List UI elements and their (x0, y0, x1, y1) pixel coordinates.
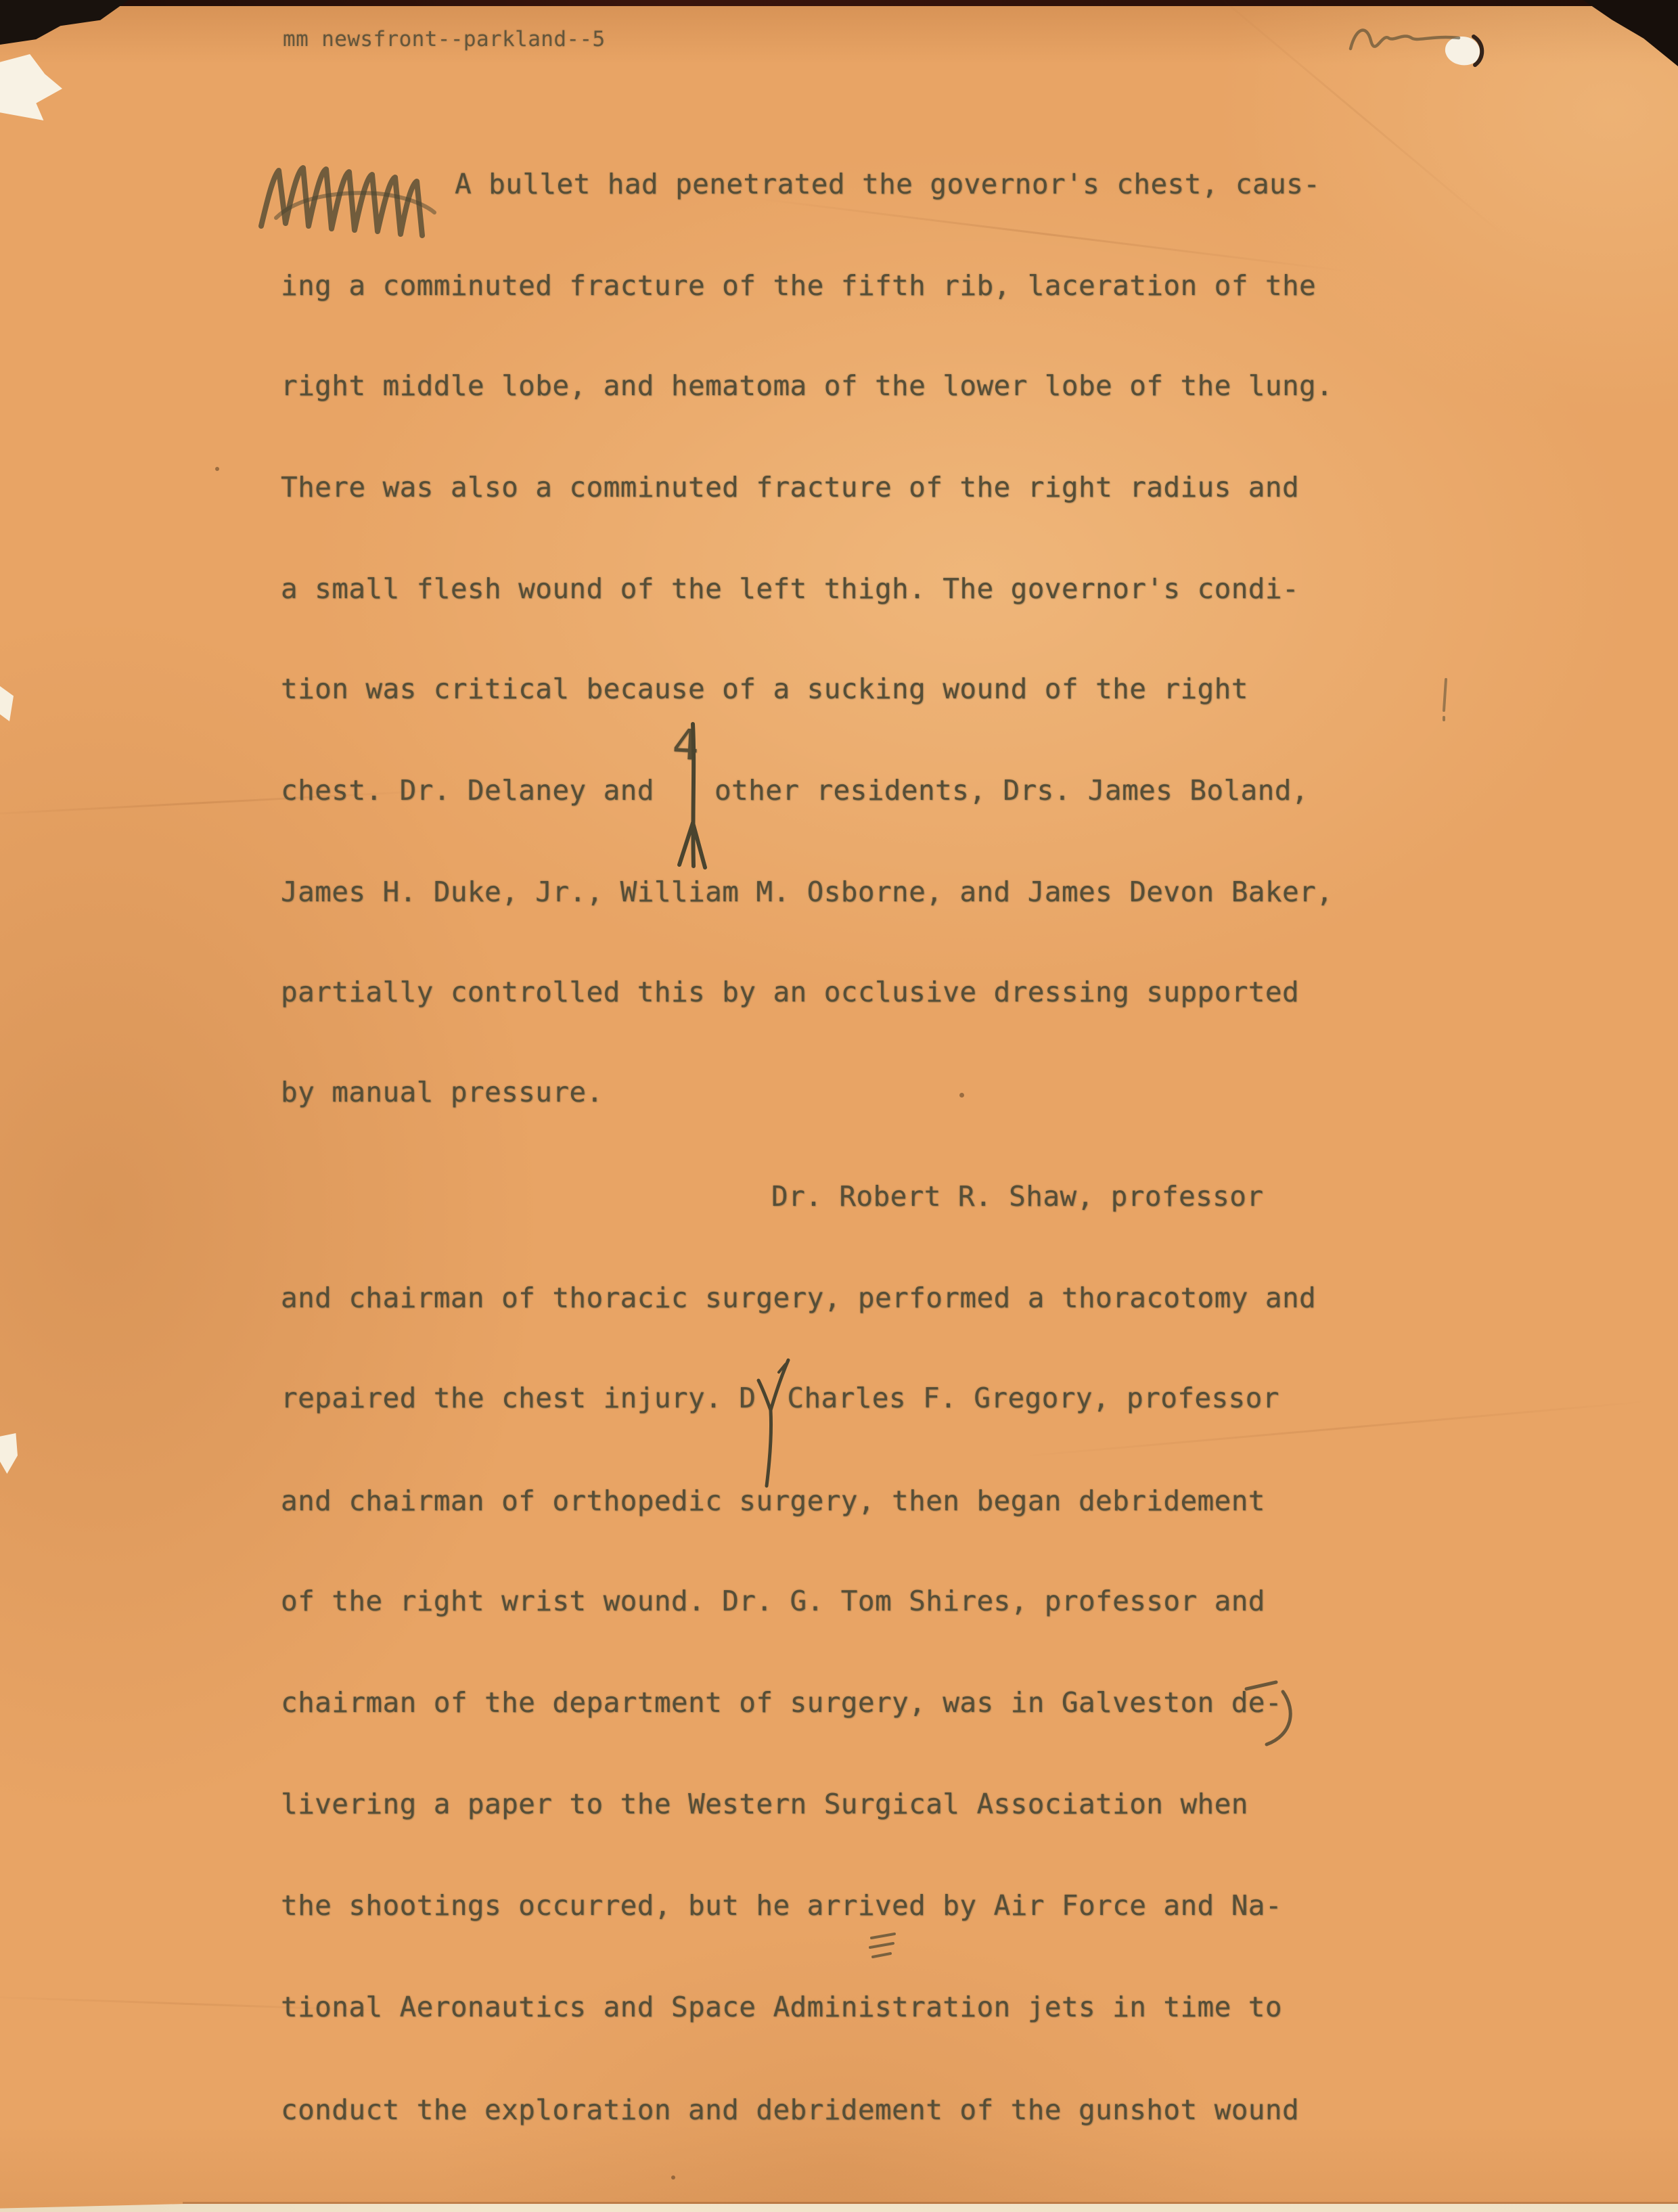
dr-insertion-mark-icon (752, 1353, 795, 1492)
scan-bottom-edge (0, 2204, 1678, 2212)
typed-line: ing a comminuted fracture of the fifth r… (281, 269, 1316, 302)
paper-crease (746, 196, 1351, 273)
typed-line: partially controlled this by an occlusiv… (281, 976, 1299, 1008)
typed-line: and chairman of thoracic surgery, perfor… (281, 1282, 1316, 1314)
torn-corner-top-right (1546, 0, 1678, 66)
typed-line: chairman of the department of surgery, w… (281, 1686, 1282, 1719)
typed-line: James H. Duke, Jr., William M. Osborne, … (281, 876, 1333, 908)
typewritten-page: mm newsfront--parkland--5 A bullet had p… (0, 0, 1678, 2212)
typed-line: tional Aeronautics and Space Administrat… (281, 1991, 1282, 2023)
typed-segment: repaired the chest injury. D (281, 1382, 756, 1414)
typed-segment: chest. Dr. Delaney and (281, 774, 654, 807)
typed-line: conduct the exploration and debridement … (281, 2094, 1299, 2126)
hyphen-emphasis-mark (1240, 1671, 1310, 1751)
ink-speck (215, 467, 219, 471)
torn-corner-top-left (0, 0, 129, 45)
typed-line: by manual pressure. (281, 1076, 604, 1108)
typed-line: right middle lobe, and hematoma of the l… (281, 369, 1333, 402)
scan-top-edge (0, 0, 1678, 6)
typed-line: and chairman of orthopedic surgery, then… (281, 1485, 1265, 1517)
torn-nick-left-upper (0, 686, 14, 721)
bottom-edge-shadow (183, 2202, 1678, 2204)
page-header: mm newsfront--parkland--5 (283, 27, 606, 51)
typed-line: of the right wrist wound. Dr. G. Tom Shi… (281, 1585, 1265, 1617)
typed-line: There was also a comminuted fracture of … (281, 471, 1299, 503)
inserted-number: 4 (671, 719, 701, 770)
stray-pen-mark (1438, 675, 1452, 724)
air-underline-mark (865, 1930, 903, 1969)
typed-line: a small flesh wound of the left thigh. T… (281, 572, 1299, 605)
typed-line-with-insertion: chest. Dr. Delaney and 4other residents,… (281, 774, 1309, 807)
margin-scribble (1346, 18, 1465, 60)
torn-patch-top-left (0, 54, 62, 120)
typed-line: livering a paper to the Western Surgical… (281, 1788, 1248, 1820)
strikeout-scribble (256, 150, 472, 244)
typed-line: Dr. Robert R. Shaw, professor (771, 1180, 1263, 1213)
ink-speck (959, 1093, 964, 1098)
typed-line-with-correction: repaired the chest injury. DCharles F. G… (281, 1382, 1279, 1414)
typed-line: the shootings occurred, but he arrived b… (281, 1889, 1282, 1922)
typed-segment: other residents, Drs. James Boland, (715, 774, 1309, 807)
torn-nick-left-lower (0, 1433, 18, 1474)
typed-segment: Charles F. Gregory, professor (787, 1382, 1279, 1414)
typed-line: tion was critical because of a sucking w… (281, 673, 1248, 705)
typed-line: A bullet had penetrated the governor's c… (455, 168, 1320, 200)
ink-speck (671, 2175, 675, 2180)
